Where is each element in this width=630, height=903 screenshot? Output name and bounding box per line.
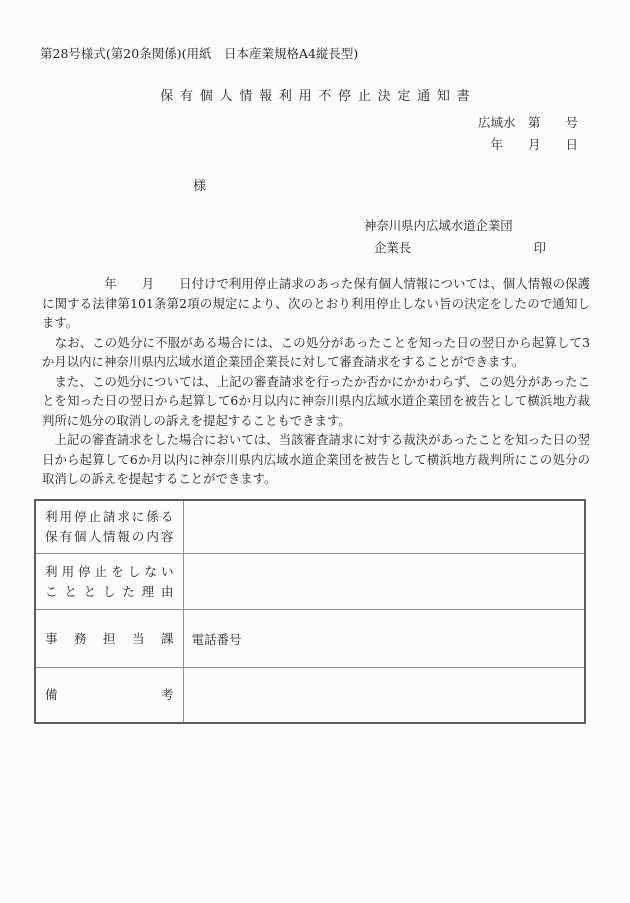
sender-block: 神奈川県内広域水道企業団 企業長 印 (364, 215, 546, 259)
document-number-line: 広域水 第 号 (0, 112, 578, 134)
label-remarks: 備考 (35, 668, 183, 723)
body-paragraph-appeal: なお、この処分に不服がある場合には、この処分があったことを知った日の翌日から起算… (42, 333, 590, 372)
label-reason: 利用停止をしない こととした理由 (35, 554, 183, 610)
sender-post: 企業長 (374, 237, 411, 259)
phone-number-label: 電話番号 (192, 632, 242, 647)
addressee-suffix: 様 (0, 178, 630, 195)
table-row-responsible-division: 事務担当課 電話番号 (35, 610, 585, 668)
table-row-retained-info: 利用停止請求に係る 保有個人情報の内容 (35, 500, 585, 554)
body-text: 年 月 日付けで利用停止請求のあった保有個人情報については、個人情報の保護に関す… (42, 274, 590, 489)
table-row-reason: 利用停止をしない こととした理由 (35, 554, 585, 610)
seal-placeholder: 印 (534, 237, 546, 259)
document-date-line: 年 月 日 (0, 134, 578, 156)
label-remarks-text: 備考 (45, 685, 174, 705)
form-number-line: 第28号様式(第20条関係)(用紙 日本産業規格A4縦長型) (0, 0, 630, 62)
body-paragraph-lawsuit: また、この処分については、上記の審査請求を行ったか否かにかかわらず、この処分があ… (42, 372, 590, 431)
label-responsible-division-text: 事務担当課 (45, 629, 174, 649)
body-paragraph-lawsuit-after-appeal: 上記の審査請求をした場合においては、当該審査請求に対する裁決があったことを知った… (42, 430, 590, 489)
value-retained-info (183, 500, 585, 554)
details-table: 利用停止請求に係る 保有個人情報の内容 利用停止をしない こととした理由 事務担… (34, 499, 586, 724)
label-retained-info-line2: 保有個人情報の内容 (45, 527, 174, 547)
document-title: 保有個人情報利用不停止決定通知書 (0, 85, 630, 104)
value-remarks (183, 668, 585, 723)
body-paragraph-notice: 年 月 日付けで利用停止請求のあった保有個人情報については、個人情報の保護に関す… (42, 274, 590, 333)
document-number-block: 広域水 第 号 年 月 日 (0, 112, 630, 156)
table-row-remarks: 備考 (35, 668, 585, 723)
label-reason-line1: 利用停止をしない (45, 562, 174, 582)
document-page: 第28号様式(第20条関係)(用紙 日本産業規格A4縦長型) 保有個人情報利用不… (0, 0, 630, 903)
value-responsible-division: 電話番号 (183, 610, 585, 668)
label-retained-info-line1: 利用停止請求に係る (45, 507, 174, 527)
value-reason (183, 554, 585, 610)
label-retained-info: 利用停止請求に係る 保有個人情報の内容 (35, 500, 183, 554)
label-responsible-division: 事務担当課 (35, 610, 183, 668)
sender-organization: 神奈川県内広域水道企業団 (364, 215, 546, 237)
sender-post-line: 企業長 印 (364, 237, 546, 259)
label-reason-line2: こととした理由 (45, 582, 174, 602)
